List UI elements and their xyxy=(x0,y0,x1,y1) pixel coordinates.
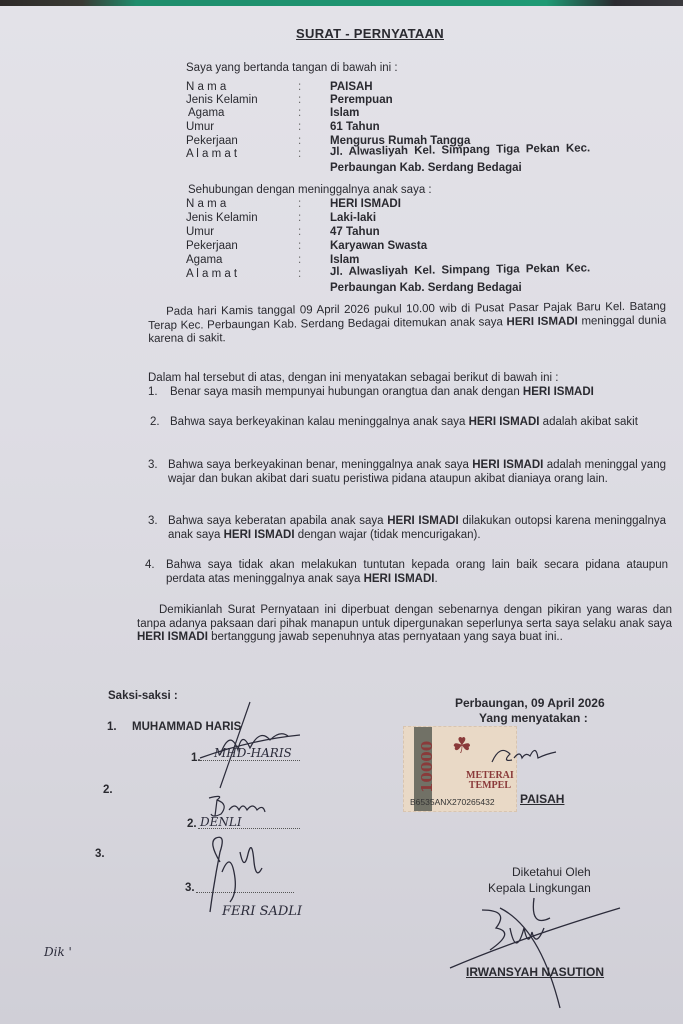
witness-3-signature xyxy=(200,832,270,922)
deceased-name: HERI ISMADI xyxy=(506,315,577,328)
colon: : xyxy=(298,148,301,160)
value-agama: Islam xyxy=(330,254,359,266)
witness-2-signature xyxy=(205,790,275,820)
value-umur: 61 Tahun xyxy=(330,121,380,133)
deceased-name: HERI ISMADI xyxy=(224,529,295,541)
place-date: Perbaungan, 09 April 2026 xyxy=(455,697,605,710)
label-nama: N a m a xyxy=(186,81,226,93)
label-pekerjaan: Pekerjaan xyxy=(186,135,238,147)
colon: : xyxy=(298,81,301,93)
label-jenis-kelamin: Jenis Kelamin xyxy=(186,212,258,224)
label-umur: Umur xyxy=(186,121,214,133)
statement-item: Bahwa saya keberatan apabila anak saya H… xyxy=(168,515,666,542)
value-nama: PAISAH xyxy=(330,81,373,93)
statement-text: Bahwa saya berkeyakinan kalau meninggaln… xyxy=(170,416,469,428)
label-umur: Umur xyxy=(186,226,214,238)
value-umur: 47 Tahun xyxy=(330,226,380,238)
label-pekerjaan: Pekerjaan xyxy=(186,240,238,252)
label-agama: Agama xyxy=(188,107,224,119)
statement-number: 2. xyxy=(150,416,160,428)
statement-text-end: dengan wajar (tidak mencurigakan). xyxy=(295,529,481,541)
margin-note: Dik ' xyxy=(44,945,72,959)
stamp-serial: B6535ANX270265432 xyxy=(410,797,495,807)
colon: : xyxy=(298,240,301,252)
deceased-name: HERI ISMADI xyxy=(472,459,543,471)
value-pekerjaan: Karyawan Swasta xyxy=(330,240,427,252)
closing-text: Demikianlah Surat Pernyataan ini diperbu… xyxy=(137,604,672,630)
closing-text-end: bertanggung jawab sepenuhnya atas pernya… xyxy=(208,631,563,643)
statement-intro: Dalam hal tersebut di atas, dengan ini m… xyxy=(148,372,558,385)
witness-1-number: 1. xyxy=(107,721,117,734)
relation-intro: Sehubungan dengan meninggalnya anak saya… xyxy=(188,184,432,197)
statement-text-end: adalah akibat sakit xyxy=(539,416,637,428)
event-paragraph: Pada hari Kamis tanggal 09 April 2026 pu… xyxy=(148,301,666,347)
statement-number: 1. xyxy=(148,386,158,398)
acknowledged-line1: Diketahui Oleh xyxy=(512,866,591,879)
label-nama: N a m a xyxy=(186,198,226,210)
colon: : xyxy=(298,121,301,133)
label-jenis-kelamin: Jenis Kelamin xyxy=(186,94,258,106)
colon: : xyxy=(298,226,301,238)
witness-2-sign-number: 2. xyxy=(187,818,197,831)
head-name: IRWANSYAH NASUTION xyxy=(466,966,604,979)
deceased-name: HERI ISMADI xyxy=(364,573,435,585)
value-jenis-kelamin: Perempuan xyxy=(330,94,393,106)
colon: : xyxy=(298,198,301,210)
statement-text-end: . xyxy=(434,573,437,585)
deceased-name: HERI ISMADI xyxy=(137,631,208,643)
deceased-name: HERI ISMADI xyxy=(469,416,540,428)
colon: : xyxy=(298,268,301,280)
closing-paragraph: Demikianlah Surat Pernyataan ini diperbu… xyxy=(137,604,672,645)
statement-item: Bahwa saya berkeyakinan kalau meninggaln… xyxy=(170,416,667,430)
garuda-emblem-icon: ☘ xyxy=(452,733,472,759)
statement-number: 3. xyxy=(148,515,158,527)
colon: : xyxy=(298,94,301,106)
value-alamat-2: Perbaungan Kab. Serdang Bedagai xyxy=(330,282,522,294)
head-signature xyxy=(440,888,630,1018)
statement-text: Benar saya masih mempunyai hubungan oran… xyxy=(170,386,523,398)
witness-2-number: 2. xyxy=(103,784,113,797)
declarant-signature xyxy=(490,740,560,770)
colon: : xyxy=(298,135,301,147)
intro-text: Saya yang bertanda tangan di bawah ini : xyxy=(186,62,398,75)
stamp-title-line2: TEMPEL xyxy=(466,781,514,791)
statement-item: Benar saya masih mempunyai hubungan oran… xyxy=(170,386,665,400)
statement-text: Bahwa saya keberatan apabila anak saya xyxy=(168,515,387,527)
label-agama: Agama xyxy=(186,254,222,266)
document-title: SURAT - PERNYATAAN xyxy=(0,26,683,41)
deceased-name: HERI ISMADI xyxy=(523,386,594,398)
deceased-name: HERI ISMADI xyxy=(387,515,458,527)
statement-number: 3. xyxy=(148,459,158,471)
label-alamat: A l a m a t xyxy=(186,268,237,280)
witness-3-sign-number: 3. xyxy=(185,882,195,895)
colon: : xyxy=(298,107,301,119)
witness-3-number: 3. xyxy=(95,848,105,861)
stamp-title: METERAI TEMPEL xyxy=(466,771,514,791)
statement-item: Bahwa saya berkeyakinan benar, meninggal… xyxy=(168,459,666,486)
statement-text: Bahwa saya berkeyakinan benar, meninggal… xyxy=(168,459,472,471)
value-nama: HERI ISMADI xyxy=(330,198,401,210)
statement-item: Bahwa saya tidak akan melakukan tuntutan… xyxy=(166,559,668,586)
stamp-value: 10000 xyxy=(418,733,442,793)
witness-1-signature xyxy=(190,700,300,790)
witnesses-heading: Saksi-saksi : xyxy=(108,690,178,703)
declarant-name: PAISAH xyxy=(520,793,564,806)
declarant-label: Yang menyatakan : xyxy=(479,712,588,725)
statement-number: 4. xyxy=(145,559,155,571)
value-jenis-kelamin: Laki-laki xyxy=(330,212,376,224)
label-alamat: A l a m a t xyxy=(186,148,237,160)
colon: : xyxy=(298,212,301,224)
colon: : xyxy=(298,254,301,266)
value-agama: Islam xyxy=(330,107,359,119)
value-alamat-2: Perbaungan Kab. Serdang Bedagai xyxy=(330,162,522,174)
